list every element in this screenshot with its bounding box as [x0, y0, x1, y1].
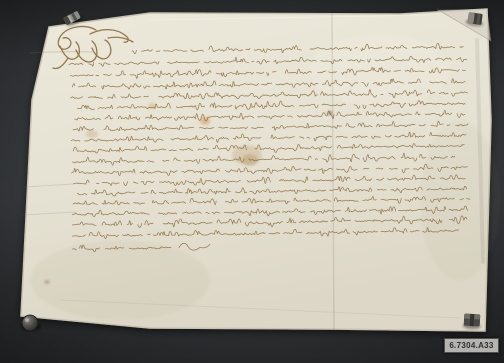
archive-label-text: 6.7304.A33 — [449, 341, 493, 350]
archive-label: 6.7304.A33 — [444, 338, 499, 353]
pin-bottom-right — [463, 314, 482, 330]
parchment-document — [0, 0, 504, 363]
photograph: 6.7304.A33 — [0, 0, 504, 363]
